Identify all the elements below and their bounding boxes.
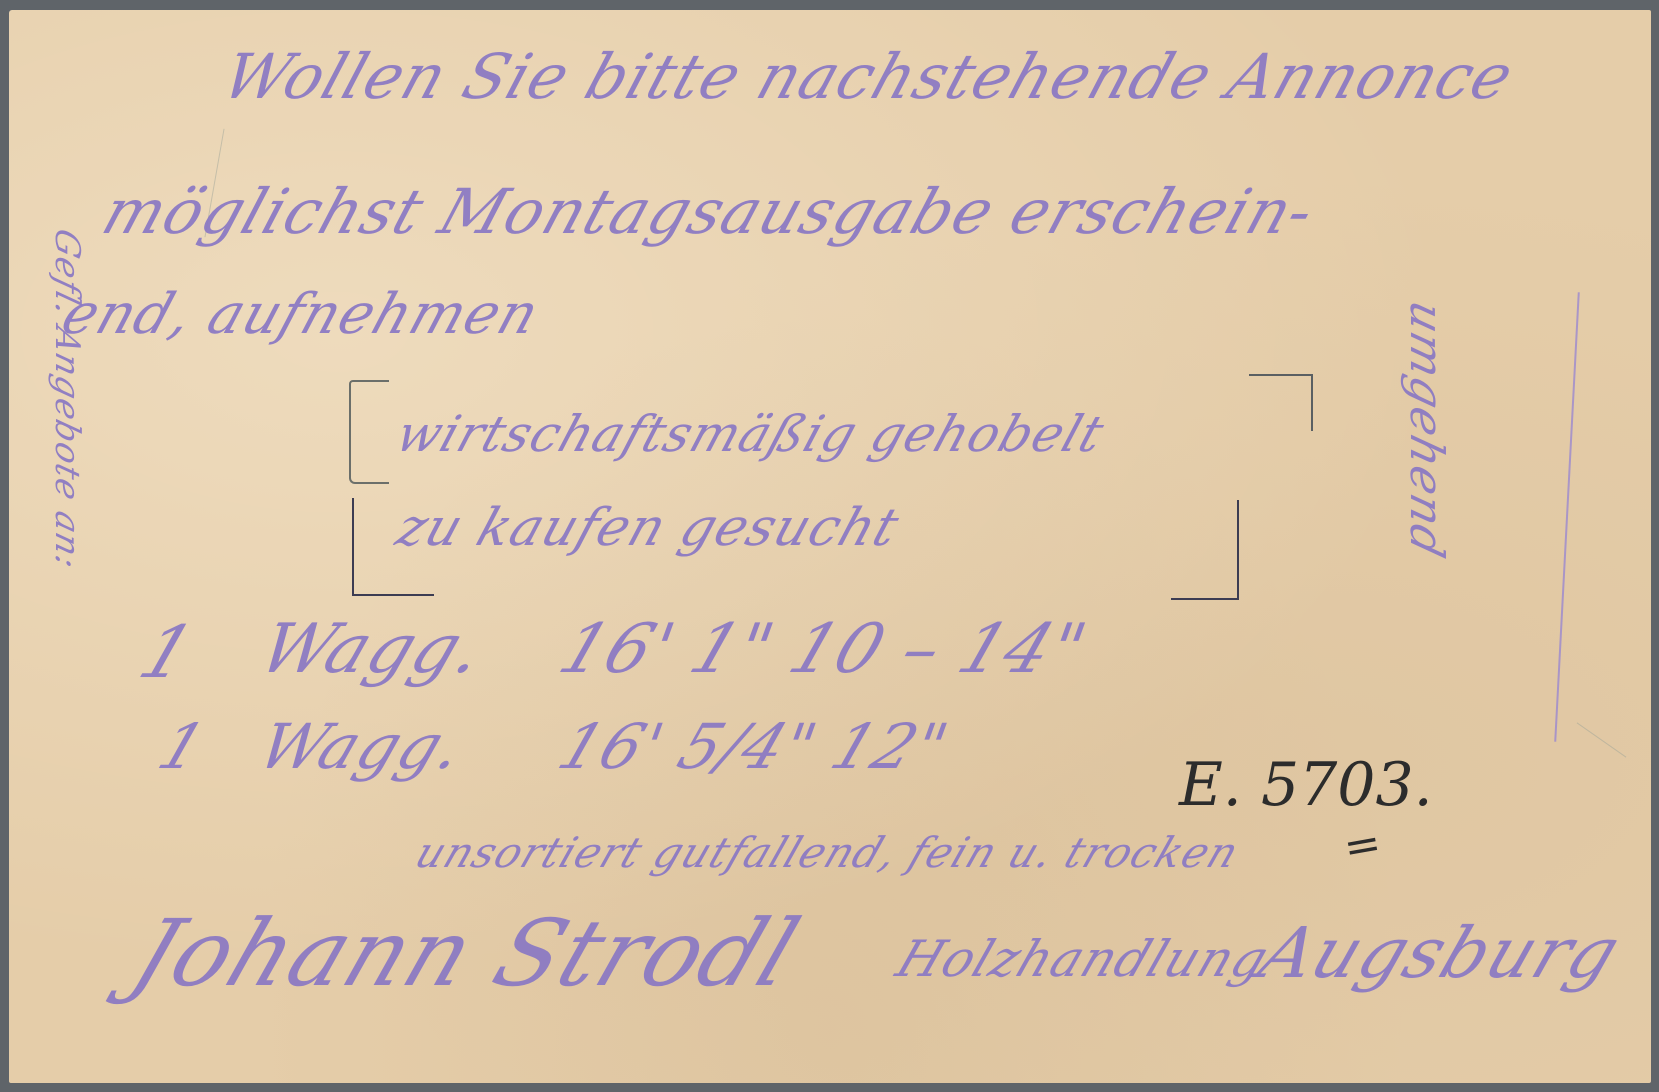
right-margin-note: umgehend — [1400, 296, 1454, 564]
order-unit: Wagg. — [249, 710, 475, 783]
order-qty: 1 — [149, 710, 216, 783]
signature-name: Johann Strodl — [119, 900, 813, 1007]
left-margin-note: Gefl. Angebote an: — [47, 224, 87, 574]
body-line-3: end, aufnehmen — [54, 282, 548, 347]
pencil-underline-mark: = — [1340, 817, 1385, 874]
signature-city: Augsburg — [1249, 912, 1631, 994]
order-qty: 1 — [129, 610, 206, 694]
body-line-1: Wollen Sie bitte nachstehende Annonce — [214, 40, 1523, 113]
order-spec: 16' 1" 10 – 14" — [549, 610, 1097, 689]
pencil-bracket-left-upper — [349, 380, 389, 484]
paper-crease — [1577, 722, 1627, 757]
pencil-reference-number: E. 5703. — [1179, 750, 1433, 820]
bracketed-line-1: wirtschaftsmäßig gehobelt — [389, 405, 1112, 463]
signature-business: Holzhandlung — [889, 930, 1277, 988]
condition-line: unsortiert gutfallend, fein u. trocken — [409, 828, 1246, 877]
margin-stroke — [1554, 292, 1580, 741]
signature: Johann Strodl Holzhandlung Augsburg — [119, 900, 1639, 1050]
pencil-bracket-right-upper — [1249, 374, 1313, 431]
postcard: Wollen Sie bitte nachstehende Annonce mö… — [9, 10, 1651, 1083]
pencil-bracket-right-lower — [1171, 500, 1239, 600]
order-unit: Wagg. — [249, 610, 496, 689]
order-spec: 16' 5/4" 12" — [549, 710, 959, 783]
body-line-2: möglichst Montagsausgabe erschein- — [94, 175, 1324, 248]
bracketed-line-2: zu kaufen gesucht — [389, 498, 907, 558]
